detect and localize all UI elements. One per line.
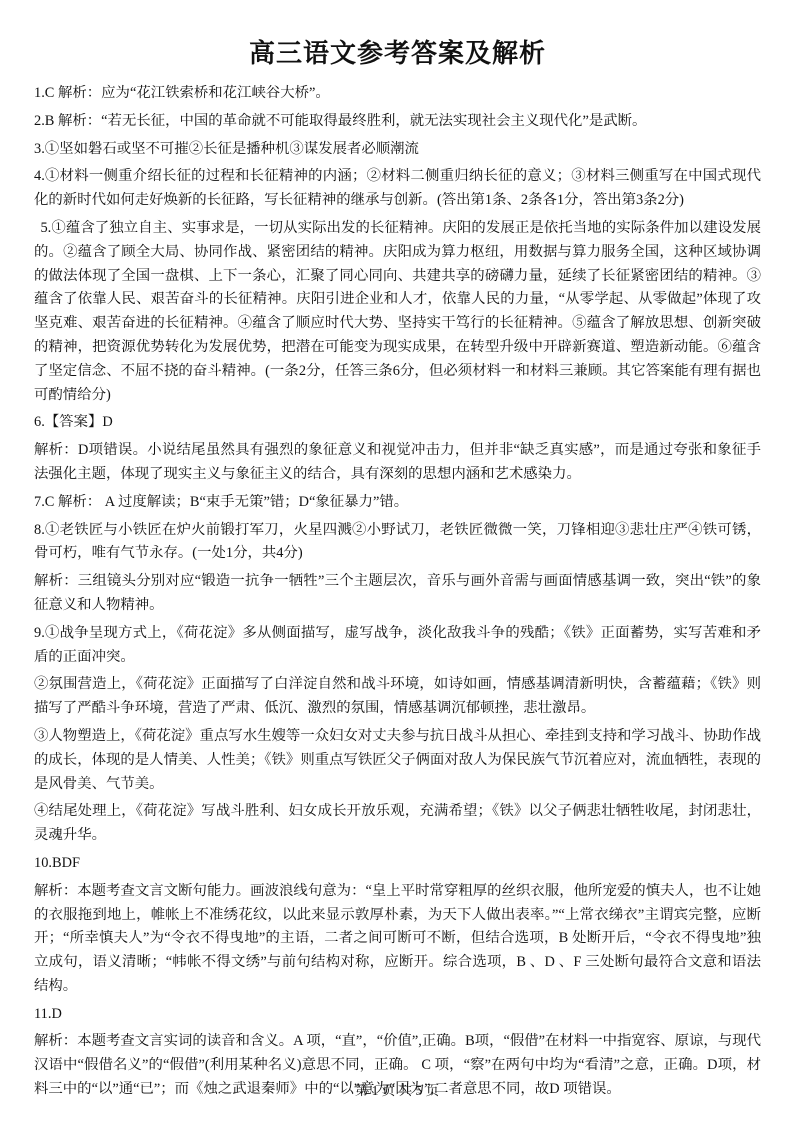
answer-q11: 11.D xyxy=(34,1003,761,1027)
answer-q9-point2: ②氛围营造上，《荷花淀》正面描写了白洋淀自然和战斗环境，如诗如画，情感基调清新明… xyxy=(34,673,761,721)
answer-q2: 2.B 解析：“若无长征，中国的革命就不可能取得最终胜利，就无法实现社会主义现代… xyxy=(34,110,761,134)
answer-q8: 8.①老铁匠与小铁匠在炉火前锻打军刀，火星四溅②小野试刀，老铁匠微微一笑，刀锋相… xyxy=(34,519,761,567)
answer-key-page: 高三语文参考答案及解析 1.C 解析：应为“花江铁索桥和花江峡谷大桥”。 2.B… xyxy=(0,0,794,1123)
answer-q9-point1: 9.①战争呈现方式上，《荷花淀》多从侧面描写，虚写战争，淡化敌我斗争的残酷；《铁… xyxy=(34,622,761,670)
answer-q7: 7.C 解析： A 过度解读；B“束手无策”错；D“象征暴力”错。 xyxy=(34,491,761,515)
answer-q6: 6.【答案】D xyxy=(34,411,761,435)
answer-q1: 1.C 解析：应为“花江铁索桥和花江峡谷大桥”。 xyxy=(34,82,761,106)
page-number-footer: 第 1 页 共 5 页 xyxy=(0,1079,794,1099)
answer-q9-point4: ④结尾处理上，《荷花淀》写战斗胜利、妇女成长开放乐观，充满希望；《铁》以父子俩悲… xyxy=(34,800,761,848)
answer-q10-analysis: 解析：本题考查文言文断句能力。画波浪线句意为：“皇上平时常穿粗厚的丝织衣服，他所… xyxy=(34,880,761,999)
answer-q3: 3.①坚如磐石或坚不可摧②长征是播种机③谋发展者必顺潮流 xyxy=(34,138,761,162)
answer-q10: 10.BDF xyxy=(34,852,761,876)
answer-q6-analysis: 解析：D项错误。小说结尾虽然具有强烈的象征意义和视觉冲击力，但并非“缺乏真实感”… xyxy=(34,439,761,487)
answer-q5: 5.①蕴含了独立自主、实事求是，一切从实际出发的长征精神。庆阳的发展正是依托当地… xyxy=(34,217,761,407)
page-title: 高三语文参考答案及解析 xyxy=(34,36,761,70)
answer-q4: 4.①材料一侧重介绍长征的过程和长征精神的内涵；②材料二侧重归纳长征的意义；③材… xyxy=(34,165,761,213)
answer-q9-point3: ③人物塑造上，《荷花淀》重点写水生嫂等一众妇女对丈夫参与抗日战斗从担心、牵挂到支… xyxy=(34,725,761,796)
answer-q8-analysis: 解析：三组镜头分别对应“锻造一抗争一牺牲”三个主题层次，音乐与画外音需与画面情感… xyxy=(34,570,761,618)
